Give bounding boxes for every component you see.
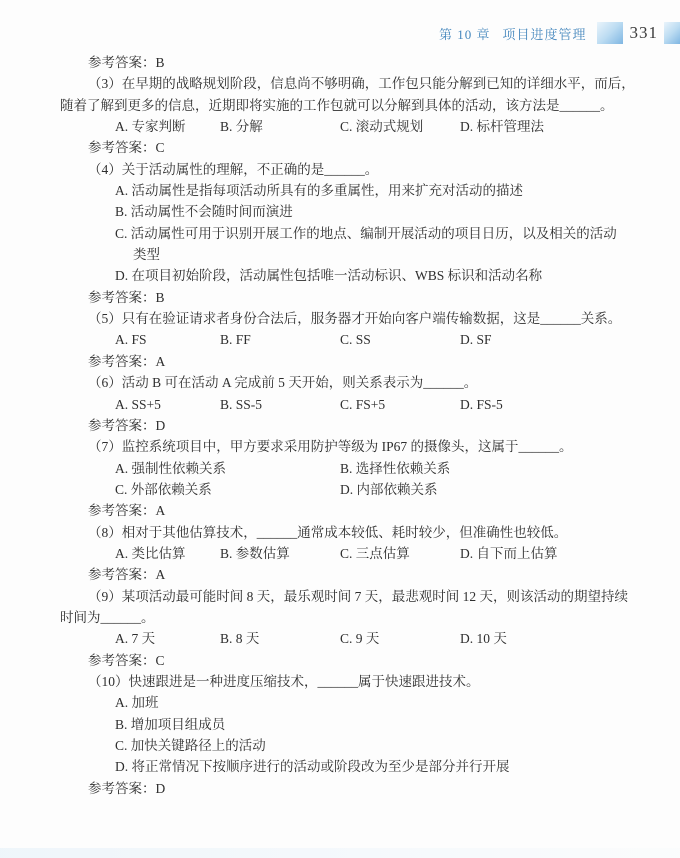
option-item: D. 标杆管理法: [460, 116, 544, 137]
answer-line: 参考答案：D: [60, 415, 622, 436]
chapter-number: 第 10 章: [439, 27, 491, 42]
option-line: B. 活动属性不会随时间而演进: [60, 201, 622, 222]
question-line: （6）活动 B 可在活动 A 完成前 5 天开始，则关系表示为______。: [60, 372, 622, 393]
option-item: D. 10 天: [460, 628, 507, 649]
options-row: A. SS+5B. SS-5C. FS+5D. FS-5: [60, 394, 622, 415]
option-line: A. 加班: [60, 692, 622, 713]
book-page: 第 10 章项目进度管理 331 参考答案：B（3）在早期的战略规划阶段，信息尚…: [0, 0, 680, 858]
question-line: （10）快速跟进是一种进度压缩技术，______属于快速跟进技术。: [60, 671, 622, 692]
question-line-cont: 随着了解到更多的信息，近期即将实施的工作包就可以分解到具体的活动，该方法是___…: [60, 95, 622, 116]
option-item: A. SS+5: [115, 394, 220, 415]
answer-line: 参考答案：A: [60, 351, 622, 372]
option-item: D. 内部依赖关系: [340, 479, 438, 500]
option-item: A. 7 天: [115, 628, 220, 649]
answer-line: 参考答案：B: [60, 287, 622, 308]
option-item: D. 自下而上估算: [460, 543, 558, 564]
chapter-heading: 第 10 章项目进度管理: [439, 24, 587, 43]
option-line: D. 在项目初始阶段，活动属性包括唯一活动标识、WBS 标识和活动名称: [60, 265, 622, 286]
answer-line: 参考答案：B: [60, 52, 622, 73]
question-line: （8）相对于其他估算技术，______通常成本较低、耗时较少，但准确性也较低。: [60, 522, 622, 543]
option-item: D. FS-5: [460, 394, 503, 415]
option-item: B. 分解: [220, 116, 340, 137]
option-item: C. 滚动式规划: [340, 116, 460, 137]
question-line: （5）只有在验证请求者身份合法后，服务器才开始向客户端传输数据，这是______…: [60, 308, 622, 329]
option-item: A. 类比估算: [115, 543, 220, 564]
options-row: A. 强制性依赖关系B. 选择性依赖关系: [60, 458, 622, 479]
answer-line: 参考答案：C: [60, 650, 622, 671]
option-item: B. SS-5: [220, 394, 340, 415]
option-line: C. 加快关键路径上的活动: [60, 735, 622, 756]
options-row: A. 7 天B. 8 天C. 9 天D. 10 天: [60, 628, 622, 649]
options-row: A. FSB. FFC. SSD. SF: [60, 329, 622, 350]
option-cont-line: 类型: [60, 244, 622, 265]
question-list: 参考答案：B（3）在早期的战略规划阶段，信息尚不够明确，工作包只能分解到已知的详…: [60, 52, 622, 799]
question-line-cont: 时间为______。: [60, 607, 622, 628]
option-item: B. 参数估算: [220, 543, 340, 564]
option-item: C. 三点估算: [340, 543, 460, 564]
option-line: D. 将正常情况下按顺序进行的活动或阶段改为至少是部分并行开展: [60, 756, 622, 777]
answer-line: 参考答案：A: [60, 564, 622, 585]
answer-line: 参考答案：A: [60, 500, 622, 521]
option-item: A. FS: [115, 329, 220, 350]
option-item: D. SF: [460, 329, 492, 350]
option-item: A. 强制性依赖关系: [115, 458, 340, 479]
option-item: C. FS+5: [340, 394, 460, 415]
option-line: B. 增加项目组成员: [60, 714, 622, 735]
option-item: B. 选择性依赖关系: [340, 458, 450, 479]
question-line: （3）在早期的战略规划阶段，信息尚不够明确，工作包只能分解到已知的详细水平，而后…: [60, 73, 622, 94]
option-line: C. 活动属性可用于识别开展工作的地点、编制开展活动的项目日历，以及相关的活动: [60, 223, 622, 244]
options-row: A. 类比估算B. 参数估算C. 三点估算D. 自下而上估算: [60, 543, 622, 564]
option-item: B. FF: [220, 329, 340, 350]
question-line: （4）关于活动属性的理解，不正确的是______。: [60, 159, 622, 180]
header-decor-block: [597, 22, 623, 44]
chapter-title: 项目进度管理: [502, 27, 586, 42]
option-line: A. 活动属性是指每项活动所具有的多重属性，用来扩充对活动的描述: [60, 180, 622, 201]
answer-line: 参考答案：D: [60, 778, 622, 799]
option-item: A. 专家判断: [115, 116, 220, 137]
answer-line: 参考答案：C: [60, 137, 622, 158]
option-item: C. 外部依赖关系: [115, 479, 340, 500]
question-line: （7）监控系统项目中，甲方要求采用防护等级为 IP67 的摄像头，这属于____…: [60, 436, 622, 457]
page-number: 331: [630, 23, 659, 43]
question-line: （9）某项活动最可能时间 8 天，最乐观时间 7 天，最悲观时间 12 天，则该…: [60, 586, 622, 607]
options-row: C. 外部依赖关系D. 内部依赖关系: [60, 479, 622, 500]
option-item: C. 9 天: [340, 628, 460, 649]
page-bottom-band: [0, 848, 680, 858]
page-header: 第 10 章项目进度管理 331: [0, 20, 680, 46]
option-item: C. SS: [340, 329, 460, 350]
header-decor-block: [664, 22, 680, 44]
options-row: A. 专家判断B. 分解C. 滚动式规划D. 标杆管理法: [60, 116, 622, 137]
option-item: B. 8 天: [220, 628, 340, 649]
